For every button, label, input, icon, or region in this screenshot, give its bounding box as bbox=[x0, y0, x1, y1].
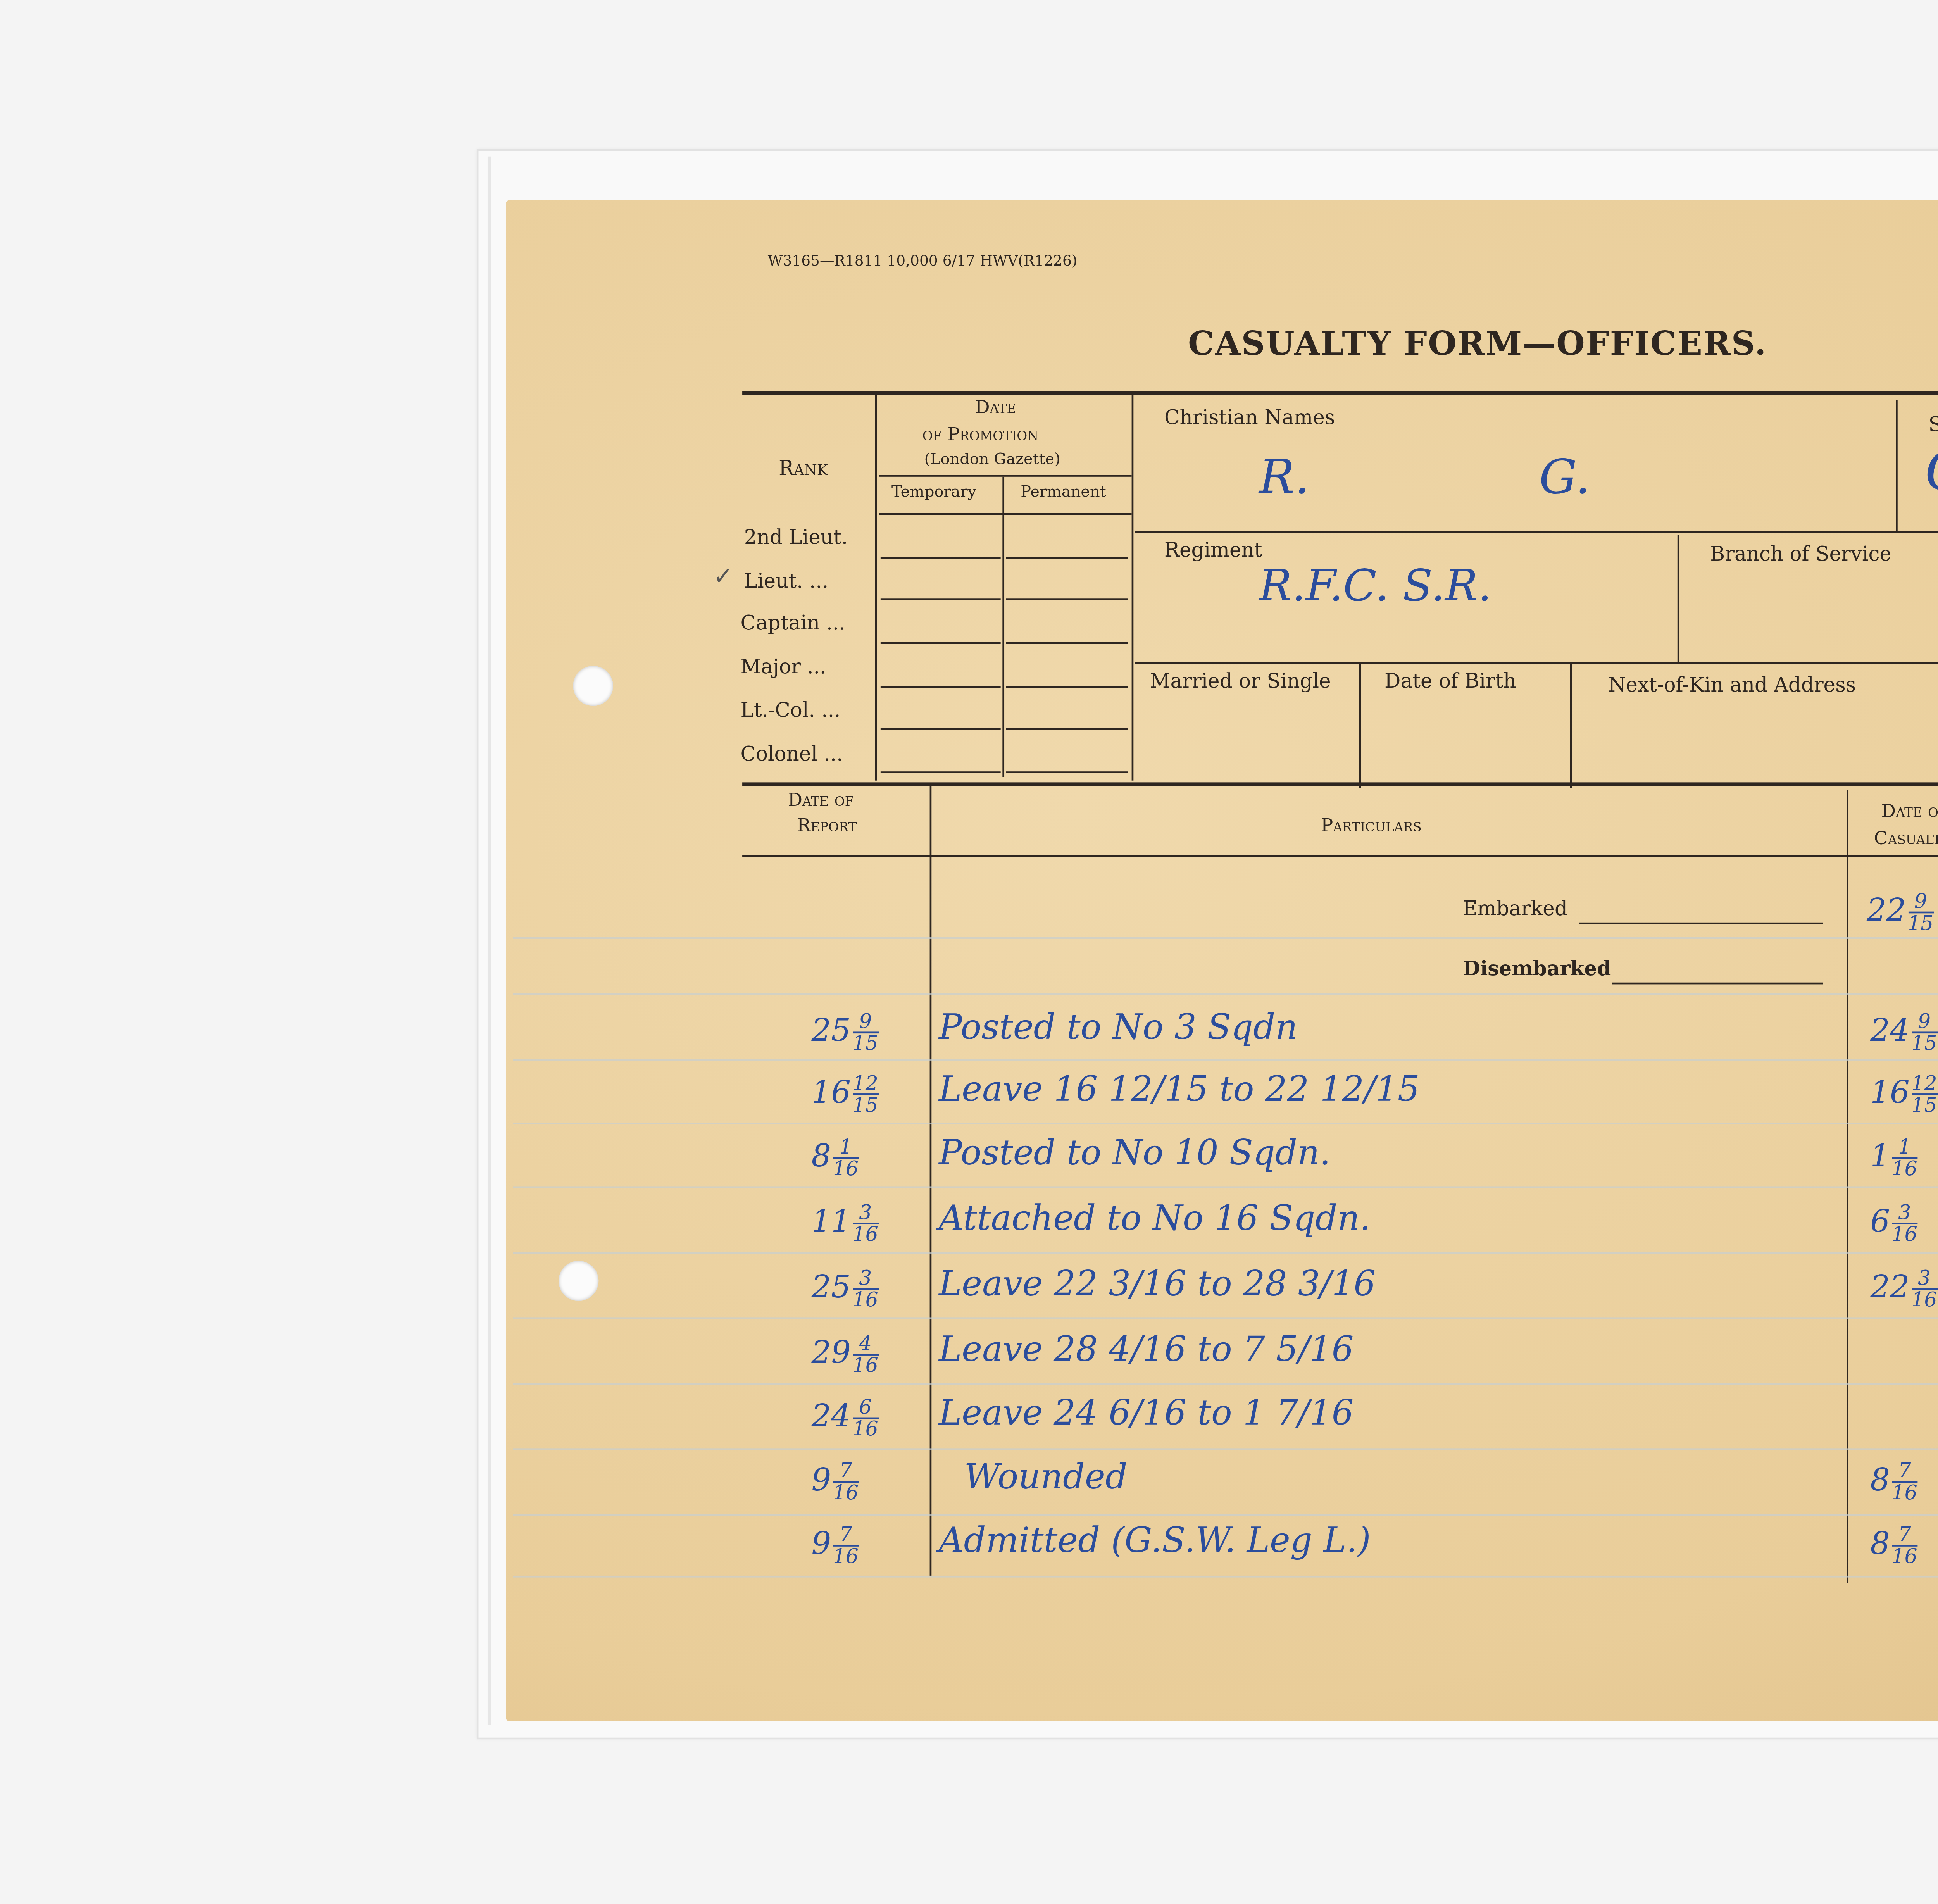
date-day: 24 bbox=[811, 1399, 851, 1436]
rank-major: Major ... bbox=[740, 657, 826, 677]
date-year: 15 bbox=[853, 1033, 878, 1054]
surname-divider bbox=[1896, 400, 1898, 531]
ruled-line bbox=[513, 1383, 1938, 1385]
table-header-rule bbox=[742, 855, 1938, 857]
particulars-text: Leave 16 12/15 to 22 12/15 bbox=[939, 1073, 1420, 1108]
date-fraction: 716 bbox=[833, 1461, 859, 1503]
report-date: 161215 bbox=[811, 1073, 878, 1115]
report-date: 29416 bbox=[811, 1334, 878, 1376]
branch-divider bbox=[1678, 535, 1679, 662]
particulars-header: Particulars bbox=[1321, 819, 1422, 837]
date-day: 16 bbox=[811, 1075, 851, 1112]
print-code: W3165—R1811 10,000 6/17 HWV(R1226) bbox=[768, 255, 1078, 269]
date-month: 7 bbox=[833, 1525, 859, 1547]
christian-names-label: Christian Names bbox=[1164, 407, 1335, 428]
date-year: 16 bbox=[1892, 1224, 1917, 1245]
promotion-rule bbox=[879, 475, 1131, 477]
date-day: 9 bbox=[811, 1463, 831, 1499]
promotion-header-3: (London Gazette) bbox=[924, 453, 1060, 469]
date-month: 1 bbox=[1892, 1137, 1917, 1159]
rank-lieut: Lieut. ... bbox=[744, 571, 828, 592]
particulars-text: Admitted (G.S.W. Leg L.) bbox=[939, 1525, 1371, 1559]
report-date: 9716 bbox=[811, 1461, 859, 1503]
rank-row-line bbox=[1006, 771, 1128, 773]
date-fraction: 716 bbox=[1892, 1525, 1917, 1566]
report-col-line bbox=[930, 786, 932, 1576]
date-fraction: 316 bbox=[1892, 1203, 1917, 1245]
date-year: 16 bbox=[833, 1483, 859, 1503]
permanent-label: Permanent bbox=[1021, 486, 1106, 501]
date-day: 24 bbox=[1870, 1014, 1910, 1050]
rank-divider bbox=[875, 395, 877, 781]
date-fraction: 116 bbox=[833, 1137, 859, 1179]
particulars-text: Leave 22 3/16 to 28 3/16 bbox=[939, 1268, 1376, 1303]
regiment-label: Regiment bbox=[1164, 540, 1262, 561]
ruled-line bbox=[513, 937, 1938, 939]
date-year: 16 bbox=[1892, 1483, 1917, 1503]
married-divider bbox=[1359, 664, 1361, 788]
date-day: 22 bbox=[1870, 1270, 1910, 1307]
particulars-text: Leave 28 4/16 to 7 5/16 bbox=[939, 1334, 1353, 1368]
embarked-label: Embarked bbox=[1463, 899, 1567, 919]
ruled-line bbox=[513, 1448, 1938, 1450]
regiment-value: R.F.C. S.R. bbox=[1259, 564, 1491, 608]
temp-perm-divider bbox=[1002, 477, 1004, 777]
date-fraction: 915 bbox=[1912, 1012, 1937, 1054]
ruled-line bbox=[513, 1059, 1938, 1061]
casualty-header-2: Casualty bbox=[1874, 831, 1938, 850]
report-date: 9716 bbox=[811, 1525, 859, 1566]
rank-row-line bbox=[1006, 598, 1128, 600]
report-date: 11316 bbox=[811, 1203, 878, 1245]
date-year: 16 bbox=[853, 1419, 878, 1439]
date-month: 3 bbox=[853, 1268, 878, 1290]
ruled-line bbox=[513, 1514, 1938, 1516]
date-day: 8 bbox=[811, 1139, 831, 1176]
date-fraction: 716 bbox=[1892, 1461, 1917, 1503]
date-fraction: 915 bbox=[853, 1012, 878, 1054]
date-month: 3 bbox=[853, 1203, 878, 1225]
casualty-date: 6316 bbox=[1870, 1203, 1917, 1245]
date-day: 11 bbox=[811, 1205, 851, 1241]
rank-row-line bbox=[1006, 728, 1128, 730]
casualty-date: 8716 bbox=[1870, 1461, 1917, 1503]
kin-label: Next-of-Kin and Address bbox=[1608, 675, 1856, 695]
date-day: 9 bbox=[811, 1526, 831, 1563]
embarked-line bbox=[1579, 923, 1823, 924]
christian-name-1: R. bbox=[1259, 455, 1310, 502]
date-year: 16 bbox=[833, 1159, 859, 1179]
promotion-right-border bbox=[1132, 395, 1134, 781]
ruled-line bbox=[513, 993, 1938, 995]
date-fraction: 716 bbox=[833, 1525, 859, 1566]
rank-row-line bbox=[1006, 686, 1128, 688]
date-month: 12 bbox=[1912, 1073, 1937, 1095]
promotion-header: Date bbox=[975, 400, 1016, 419]
date-day: 8 bbox=[1870, 1526, 1890, 1563]
date-month: 4 bbox=[853, 1334, 878, 1356]
report-date: 25915 bbox=[811, 1012, 878, 1054]
branch-label: Branch of Service bbox=[1710, 544, 1891, 564]
date-fraction: 1215 bbox=[853, 1073, 878, 1115]
report-date: 24616 bbox=[811, 1397, 878, 1439]
casualty-date: 1116 bbox=[1870, 1137, 1917, 1179]
rank-row-line bbox=[881, 728, 1001, 730]
date-month: 1 bbox=[833, 1137, 859, 1159]
regiment-bottom-rule bbox=[1135, 662, 1938, 664]
report-header-2: Report bbox=[797, 819, 857, 837]
sub-header-rule bbox=[879, 513, 1131, 515]
date-month: 12 bbox=[853, 1073, 878, 1095]
rank-row-line bbox=[881, 642, 1001, 644]
particulars-text: Posted to No 10 Sqdn. bbox=[939, 1137, 1331, 1172]
date-fraction: 616 bbox=[853, 1397, 878, 1439]
particulars-text: Leave 24 6/16 to 1 7/16 bbox=[939, 1397, 1353, 1432]
particulars-text: Attached to No 16 Sqdn. bbox=[939, 1203, 1371, 1237]
date-day: 25 bbox=[811, 1014, 851, 1050]
date-day: 29 bbox=[811, 1336, 851, 1372]
rank-row-line bbox=[881, 598, 1001, 600]
report-date: 25316 bbox=[811, 1268, 878, 1310]
date-year: 16 bbox=[853, 1290, 878, 1310]
date-year: 16 bbox=[1912, 1290, 1937, 1310]
date-fraction: 416 bbox=[853, 1334, 878, 1376]
form-title: CASUALTY FORM—OFFICERS. bbox=[1188, 329, 1767, 362]
report-header: Date of bbox=[788, 793, 853, 812]
date-month: 7 bbox=[1892, 1461, 1917, 1483]
casualty-header: Date of bbox=[1881, 804, 1938, 823]
date-fraction: 316 bbox=[1912, 1268, 1937, 1310]
date-year: 16 bbox=[1892, 1547, 1917, 1567]
date-year: 16 bbox=[853, 1356, 878, 1376]
date-month: 6 bbox=[853, 1397, 878, 1419]
ruled-line bbox=[513, 1252, 1938, 1254]
rank-row-line bbox=[1006, 642, 1128, 644]
date-day: 25 bbox=[811, 1270, 851, 1307]
casualty-date: 161215 bbox=[1870, 1073, 1937, 1115]
ruled-line bbox=[513, 1317, 1938, 1319]
scan-stage: W3165—R1811 10,000 6/17 HWV(R1226) Army … bbox=[0, 0, 1938, 1903]
date-day: 1 bbox=[1870, 1139, 1890, 1176]
date-day: 6 bbox=[1870, 1205, 1890, 1241]
report-date: 8116 bbox=[811, 1137, 859, 1179]
dob-label: Date of Birth bbox=[1385, 671, 1516, 692]
date-fraction: 316 bbox=[853, 1203, 878, 1245]
temporary-label: Temporary bbox=[891, 486, 976, 501]
rank-row-line bbox=[881, 771, 1001, 773]
sleeve-edge bbox=[488, 157, 491, 1725]
disembarked-line bbox=[1612, 983, 1823, 985]
ruled-line bbox=[513, 1123, 1938, 1124]
married-label: Married or Single bbox=[1150, 671, 1331, 692]
date-year: 16 bbox=[853, 1224, 878, 1245]
embarked-date: 22915 bbox=[1867, 892, 1933, 933]
tick-mark-icon: ✓ bbox=[713, 566, 733, 590]
casualty-date: 24915 bbox=[1870, 1012, 1937, 1054]
date-fraction: 1215 bbox=[1912, 1073, 1937, 1115]
date-day: 16 bbox=[1870, 1075, 1910, 1112]
ruled-line bbox=[513, 1576, 1938, 1578]
particulars-text: Wounded bbox=[964, 1461, 1128, 1495]
rank-lt-col: Lt.-Col. ... bbox=[740, 700, 840, 721]
surname-label: Surname bbox=[1929, 415, 1938, 435]
rank-row-line bbox=[881, 686, 1001, 688]
date-month: 7 bbox=[1892, 1525, 1917, 1547]
date-year: 16 bbox=[1892, 1159, 1917, 1179]
christian-name-2: G. bbox=[1539, 455, 1590, 502]
surname-value: Gould bbox=[1925, 446, 1938, 500]
date-fraction: 915 bbox=[1908, 892, 1933, 933]
table-top-rule bbox=[742, 782, 1938, 786]
rank-row-line bbox=[1006, 557, 1128, 559]
date-month: 9 bbox=[853, 1012, 878, 1034]
rank-header: Rank bbox=[779, 459, 828, 479]
date-year: 15 bbox=[1912, 1095, 1937, 1116]
date-month: 3 bbox=[1892, 1203, 1917, 1225]
casualty-date: 8716 bbox=[1870, 1525, 1917, 1566]
punch-hole-top bbox=[573, 666, 613, 706]
dob-divider bbox=[1570, 664, 1572, 788]
top-rule bbox=[742, 391, 1938, 395]
date-year: 15 bbox=[853, 1095, 878, 1116]
names-bottom-rule bbox=[1135, 531, 1938, 533]
date-month: 9 bbox=[1908, 892, 1933, 914]
rank-captain: Captain ... bbox=[740, 613, 845, 633]
date-fraction: 116 bbox=[1892, 1137, 1917, 1179]
punch-hole-bottom bbox=[559, 1261, 598, 1301]
date-day: 8 bbox=[1870, 1463, 1890, 1499]
date-year: 15 bbox=[1908, 914, 1933, 934]
ruled-line bbox=[513, 1186, 1938, 1188]
date-month: 7 bbox=[833, 1461, 859, 1483]
date-fraction: 316 bbox=[853, 1268, 878, 1310]
date-year: 15 bbox=[1912, 1033, 1937, 1054]
date-day: 22 bbox=[1867, 893, 1906, 930]
disembarked-label: Disembarked bbox=[1463, 959, 1611, 979]
particulars-text: Posted to No 3 Sqdn bbox=[939, 1012, 1298, 1046]
promotion-header-2: of Promotion bbox=[922, 428, 1038, 446]
rank-row-line bbox=[881, 557, 1001, 559]
rank-2nd-lieut: 2nd Lieut. bbox=[744, 528, 848, 548]
rank-colonel: Colonel ... bbox=[740, 744, 843, 764]
casualty-date: 22316 bbox=[1870, 1268, 1937, 1310]
date-month: 9 bbox=[1912, 1012, 1937, 1034]
date-year: 16 bbox=[833, 1547, 859, 1567]
date-month: 3 bbox=[1912, 1268, 1937, 1290]
